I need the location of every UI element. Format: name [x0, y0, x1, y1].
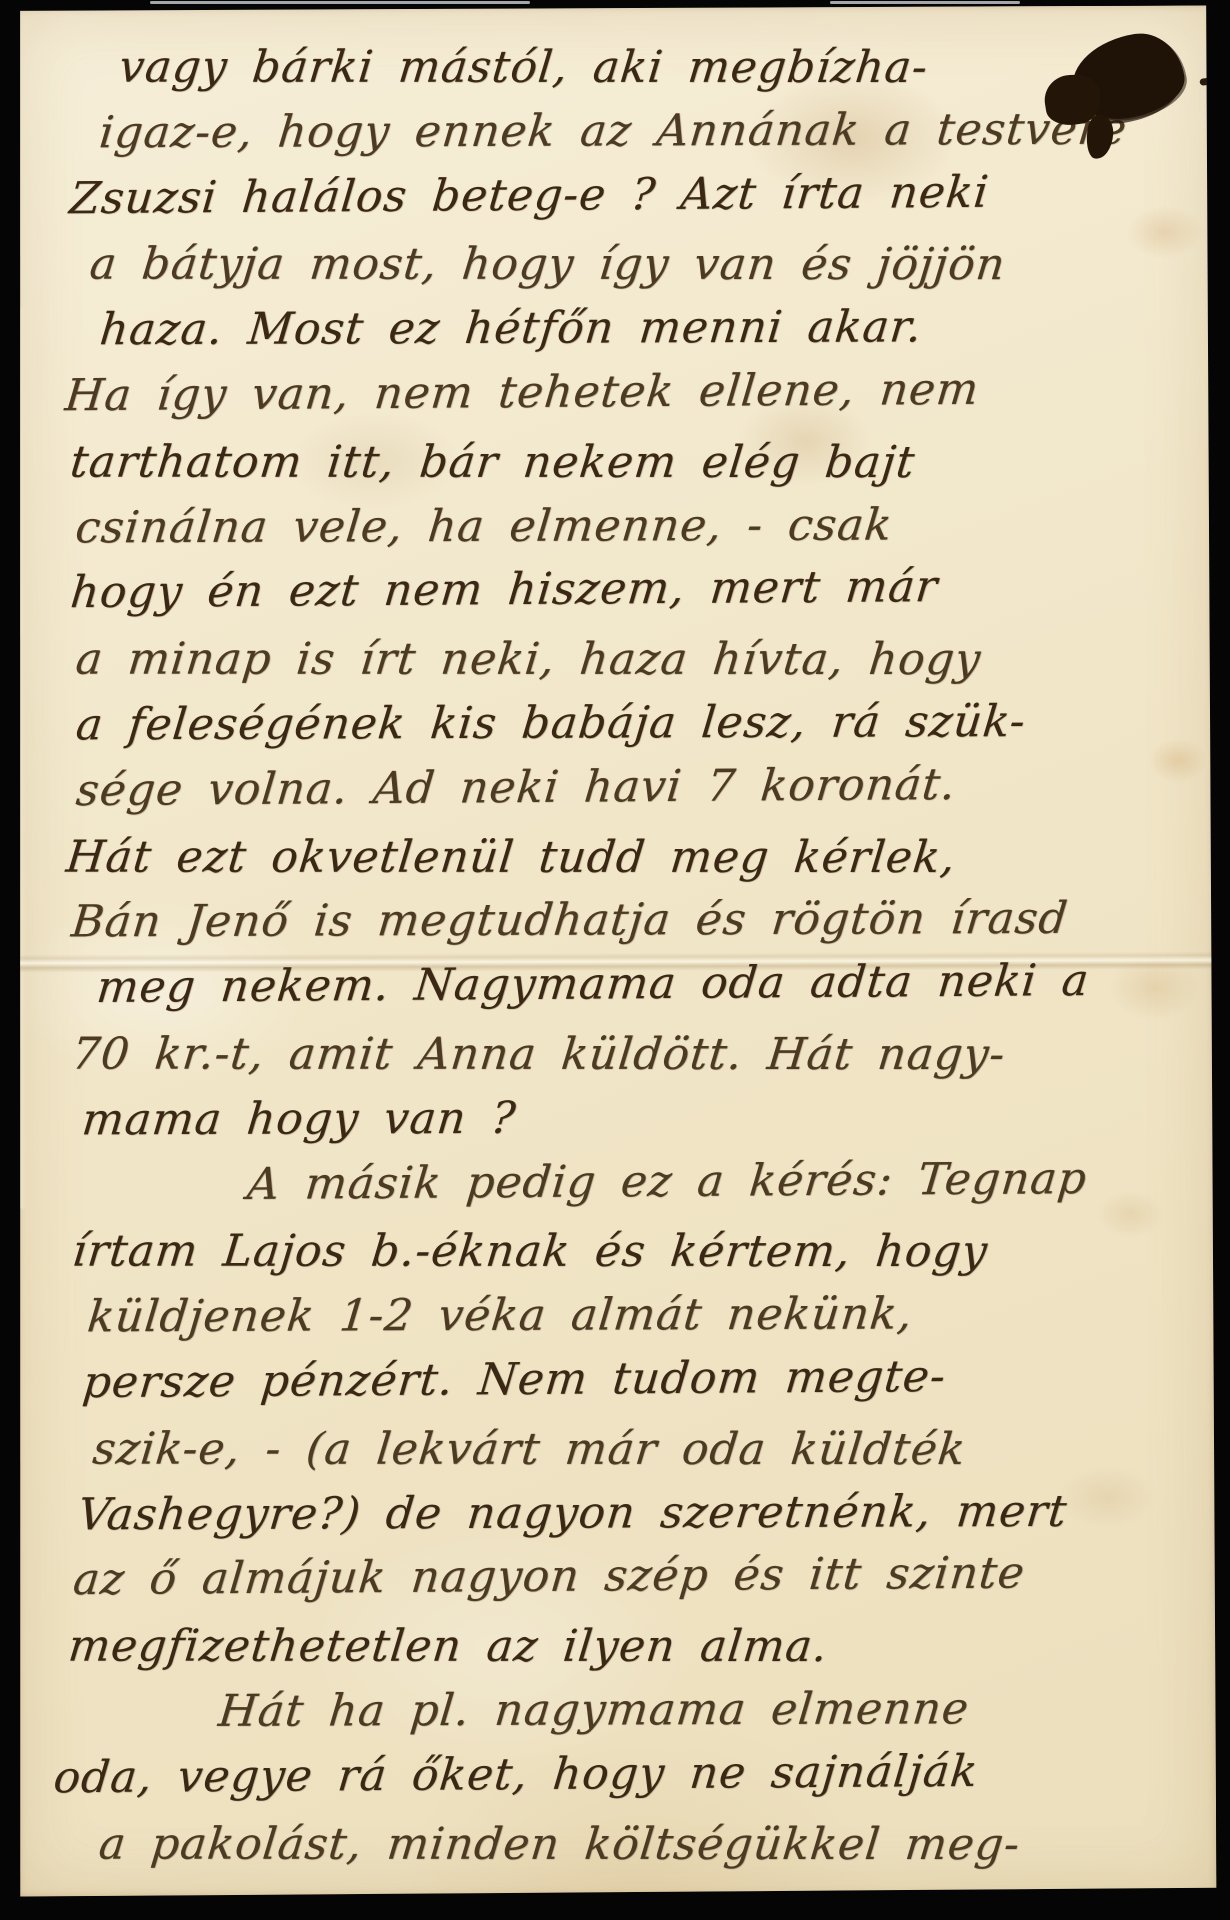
letter-line: mama hogy van ? — [13, 1090, 1218, 1160]
ink-blot-dash — [1199, 76, 1226, 86]
letter-page: vagy bárki mástól, aki megbízha- igaz-e,… — [14, 5, 1217, 1896]
scan-edge-highlight — [150, 1, 530, 4]
letter-line: vagy bárki mástól, aki megbízha- — [10, 42, 1215, 108]
letter-line: meg nekem. Nagymama oda adta neki a — [13, 954, 1218, 1028]
letter-line: 70 kr.-t, amit Anna küldött. Hát nagy- — [13, 1029, 1218, 1095]
letter-line: Hát ha pl. nagymama elmenne — [15, 1682, 1220, 1752]
letter-line: igaz-e, hogy ennek az Annának a testvére — [11, 103, 1216, 173]
letter-line: írtam Lajos b.-éknak és kértem, hogy — [13, 1226, 1218, 1292]
letter-line: Ha így van, nem tehetek ellene, nem — [11, 362, 1216, 436]
letter-line: a feleségének kis babája lesz, rá szük- — [12, 695, 1217, 765]
letter-line: Vashegyre?) de nagyon szeretnénk, mert — [14, 1485, 1219, 1555]
scan-edge-highlight — [830, 1, 1020, 4]
letter-line: A másik pedig ez a kérés: Tegnap — [13, 1152, 1218, 1226]
letter-line: oda, vegye rá őket, hogy ne sajnálják — [15, 1744, 1220, 1818]
letter-line: persze pénzért. Nem tudom megte- — [14, 1349, 1219, 1423]
letter-line: Zsuzsi halálos beteg-e ? Azt írta neki — [11, 165, 1216, 239]
letter-line: tarthatom itt, bár nekem elég bajt — [11, 436, 1216, 502]
letter-line: megfizethetetlen az ilyen alma. — [14, 1621, 1219, 1687]
scanner-background: vagy bárki mástól, aki megbízha- igaz-e,… — [0, 0, 1230, 1920]
letter-line: a minap is írt neki, haza hívta, hogy — [12, 634, 1217, 700]
letter-line: Hát ezt okvetlenül tudd meg kérlek, — [12, 831, 1217, 897]
letter-line: a bátyja most, hogy így van és jöjjön — [11, 239, 1216, 305]
letter-line: csinálna vele, ha elmenne, - csak — [12, 498, 1217, 568]
letter-line: haza. Most ez hétfőn menni akar. — [11, 301, 1216, 371]
letter-line: küldjenek 1-2 véka almát nekünk, — [14, 1288, 1219, 1358]
letter-line: Bán Jenő is megtudhatja és rögtön írasd — [13, 893, 1218, 963]
letter-line: az ő almájuk nagyon szép és itt szinte — [14, 1547, 1219, 1621]
letter-line: szik-e, - (a lekvárt már oda küldték — [14, 1423, 1219, 1489]
letter-body: vagy bárki mástól, aki megbízha- igaz-e,… — [14, 5, 1217, 1896]
letter-line: a pakolást, minden költségükkel meg- — [15, 1818, 1220, 1884]
letter-line: sége volna. Ad neki havi 7 koronát. — [12, 757, 1217, 831]
letter-line: hogy én ezt nem hiszem, mert már — [12, 560, 1217, 634]
